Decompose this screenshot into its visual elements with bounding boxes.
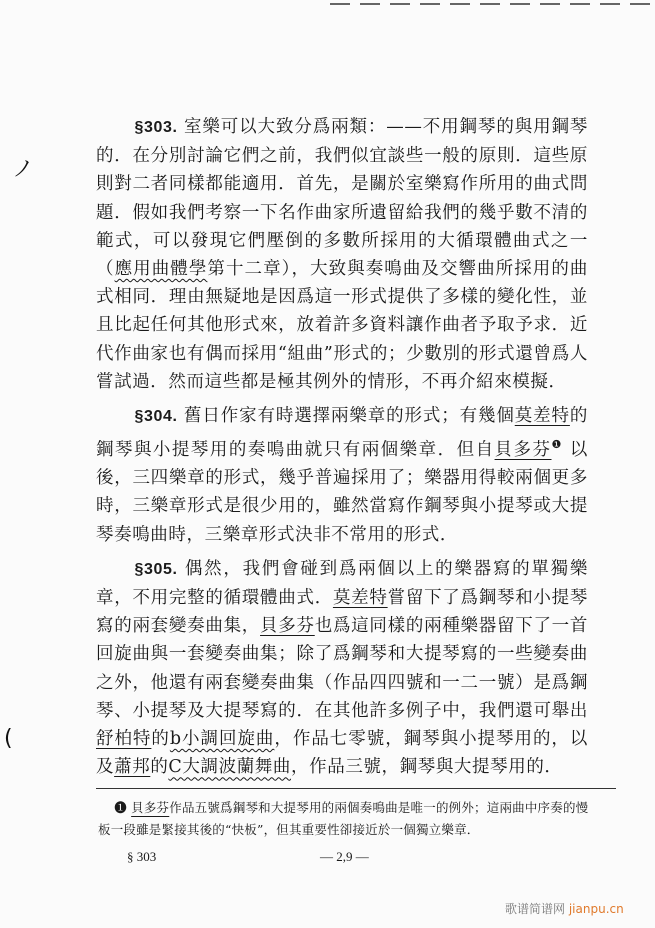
text-run: 的 [150, 757, 168, 777]
proper-name: 蕭邦 [114, 757, 150, 777]
proper-name: 貝多芬 [495, 440, 552, 460]
proper-name: 舒柏特 [96, 729, 151, 749]
proper-name: 貝多芬 [131, 800, 169, 815]
paragraph-text: 舊日作家有時選擇兩樂章的形式；有幾個莫差特的鋼琴與小提琴用的奏鳴曲就只有兩個樂章… [96, 406, 588, 545]
page-number: — 2,9 — [320, 849, 369, 865]
proper-name: 莫差特 [515, 406, 570, 426]
watermark: 歌谱简谱网 jianpu.cn [505, 900, 624, 917]
paragraph-text: 偶然，我們會碰到爲兩個以上的樂器寫的單獨樂章，不用完整的循環體曲式．莫差特嘗留下… [96, 559, 588, 777]
footer-section-ref: § 303 [127, 849, 156, 865]
text-run: 作品五號爲鋼琴和大提琴用的兩個奏鳴曲是唯一的例外；這兩曲中序奏的慢板一段雖是緊接… [98, 800, 588, 837]
paragraph-text: 室樂可以大致分爲兩類：——不用鋼琴的與用鋼琴的．在分別討論它們之前，我們似宜談些… [96, 117, 588, 392]
proper-name: 莫差特 [333, 588, 388, 608]
paragraph-305: §305. 偶然，我們會碰到爲兩個以上的樂器寫的單獨樂章，不用完整的循環體曲式．… [96, 555, 588, 782]
margin-mark: ( [4, 726, 13, 751]
text-run: ，作品三號，鋼琴與大提琴用的． [291, 757, 563, 777]
text-run: 的 [151, 729, 169, 749]
section-number: §303. [135, 119, 178, 136]
section-number: §304. [135, 408, 178, 425]
work-title: C大調波蘭舞曲 [168, 757, 291, 777]
watermark-cn: 歌谱简谱网 [505, 902, 565, 916]
body-text: §303. 室樂可以大致分爲兩類：——不用鋼琴的與用鋼琴的．在分別討論它們之前，… [96, 113, 588, 782]
text-run: 曲式 [533, 174, 569, 194]
watermark-en: jianpu.cn [569, 902, 624, 916]
paragraph-303: §303. 室樂可以大致分爲兩類：——不用鋼琴的與用鋼琴的．在分別討論它們之前，… [96, 113, 588, 396]
paragraph-304: §304. 舊日作家有時選擇兩樂章的形式；有幾個莫差特的鋼琴與小提琴用的奏鳴曲就… [96, 402, 588, 549]
work-title: b小調回旋曲 [170, 729, 275, 749]
text-run: 舊日作家有時選擇兩樂章的形式；有幾個 [178, 406, 515, 426]
proper-name: 貝多芬 [260, 616, 315, 636]
footnote: ❶ 貝多芬作品五號爲鋼琴和大提琴用的兩個奏鳴曲是唯一的例外；這兩曲中序奏的慢板一… [98, 797, 598, 841]
footnote-divider [96, 788, 616, 789]
section-number: §305. [135, 561, 178, 578]
margin-mark: ノ [12, 152, 34, 183]
footnote-text: 貝多芬作品五號爲鋼琴和大提琴用的兩個奏鳴曲是唯一的例外；這兩曲中序奏的慢板一段雖… [98, 800, 588, 837]
footnote-marker: ❶ [114, 800, 127, 815]
footnote-ref: ❶ [552, 438, 563, 451]
scan-edge-dashes [330, 0, 655, 10]
work-title: 應用曲體學 [115, 259, 208, 279]
